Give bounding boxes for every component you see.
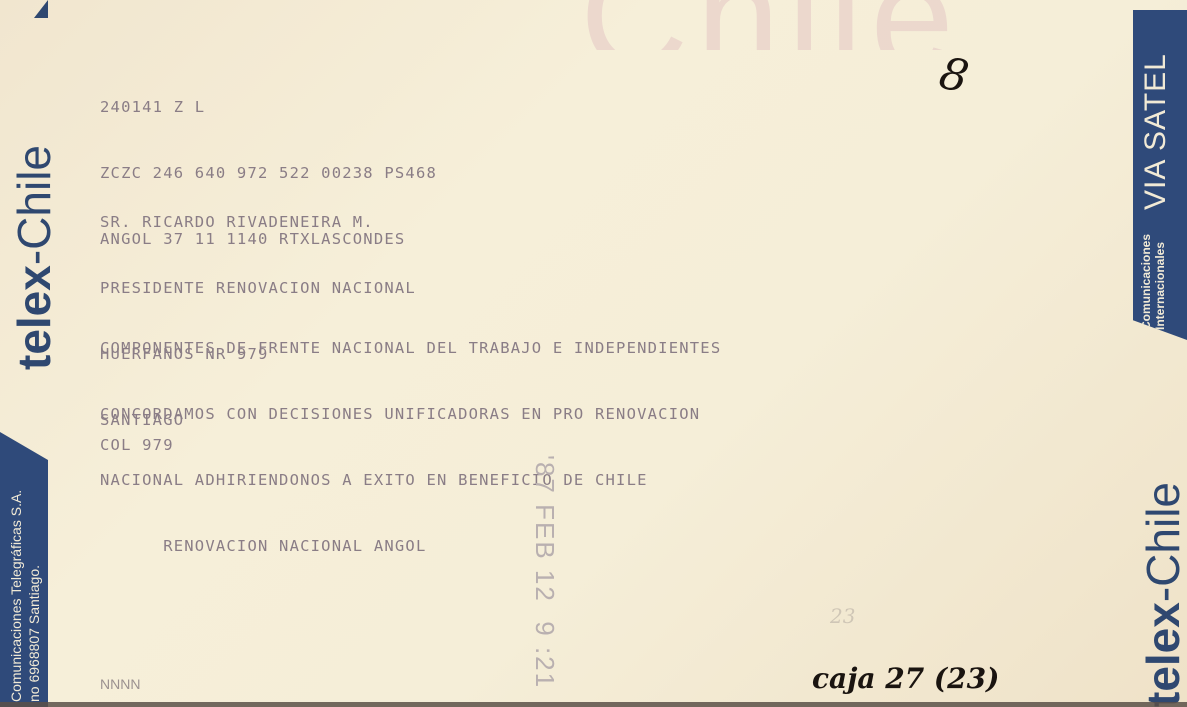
paper-bottom-edge: [0, 702, 1187, 707]
date-time-stamp: '87 FEB 12 9 :21: [529, 455, 560, 707]
company-name: Comunicaciones Telegráficas S.A.: [8, 490, 25, 702]
logo-chile: -Chile: [8, 145, 60, 265]
header-line: 240141 Z L: [100, 96, 437, 118]
end-marker: NNNN: [100, 673, 140, 695]
company-address: no 6968807 Santiago.: [26, 565, 43, 702]
comunicaciones-label: Comunicaciones: [1139, 234, 1153, 330]
col-count: COL 979: [100, 434, 174, 456]
logo-chile: -Chile: [1137, 482, 1187, 602]
logo-telex: telex: [1137, 602, 1187, 707]
right-telex-chile-logo: telex-Chile: [1128, 410, 1187, 707]
body-line: RENOVACION NACIONAL ANGOL: [100, 535, 721, 557]
body-line: NACIONAL ADHIRIENDONOS A EXITO EN BENEFI…: [100, 469, 721, 491]
message-body: COMPONENTES DE FRENTE NACIONAL DEL TRABA…: [100, 293, 721, 579]
handwritten-faint-note: 23: [830, 604, 855, 628]
left-company-band: Comunicaciones Telegráficas S.A. no 6968…: [0, 432, 48, 707]
left-telex-chile-logo: telex-Chile: [3, 30, 49, 370]
internacionales-label: Internacionales: [1153, 242, 1167, 330]
via-satel-label: VIA SATEL: [1139, 53, 1173, 210]
logo-telex: telex: [8, 265, 60, 370]
body-line: COMPONENTES DE FRENTE NACIONAL DEL TRABA…: [100, 337, 721, 359]
handwritten-archive-note: caja 27 (23): [812, 662, 999, 695]
address-line: SR. RICARDO RIVADENEIRA M.: [100, 211, 416, 233]
body-line: CONCORDAMOS CON DECISIONES UNIFICADORAS …: [100, 403, 721, 425]
right-via-satel-band: Comunicaciones Internacionales VIA SATEL: [1133, 10, 1187, 340]
